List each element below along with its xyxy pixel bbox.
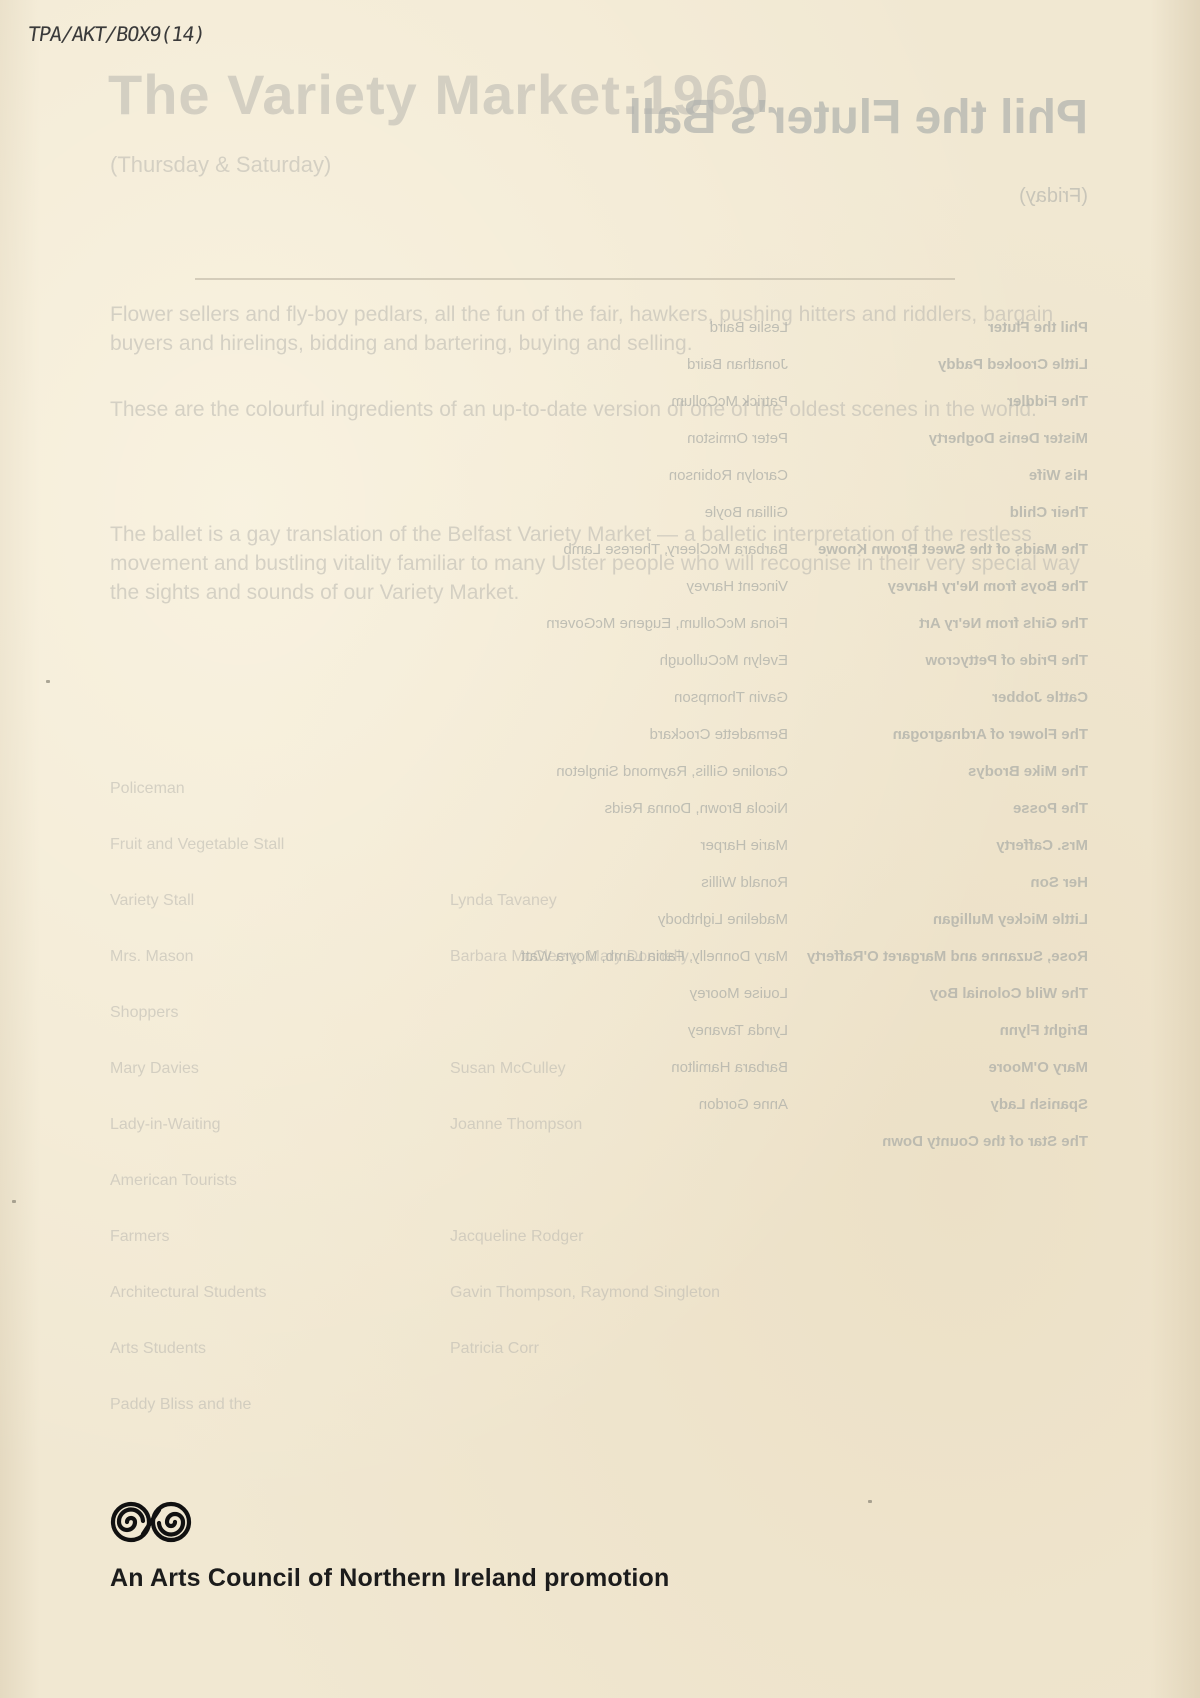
cast-row: Mister Denis DoghertyPeter Ormiston — [448, 429, 1088, 448]
cast-row: Her SonRonald Willis — [448, 873, 1088, 892]
actor-name: Carolyn Robinson — [448, 466, 788, 485]
cast-row: The Pride of PettycrowEvelyn McCullough — [448, 651, 1088, 670]
cast-row: The Flower of ArdnagroganBernadette Croc… — [448, 725, 1088, 744]
cast-row: Their ChildGillian Boyle — [448, 503, 1088, 522]
cast-row: Bright FlynnLynda Tavaney — [448, 1021, 1088, 1040]
cast-row: The PosseNicola Brown, Donna Reids — [448, 799, 1088, 818]
role-name: The Girls from Ne'ry Art — [788, 614, 1088, 633]
actor-name: Leslie Baird — [448, 318, 788, 337]
cast-row: The Boys from Ne'ry HarveyVincent Harvey — [448, 577, 1088, 596]
actor-name: Patrick McCollum — [448, 392, 788, 411]
role-name: Rose, Suzanne and Margaret O'Rafferty — [788, 947, 1088, 966]
role-name: Bright Flynn — [788, 1021, 1088, 1040]
cast-row: Rose, Suzanne and Margaret O'RaffertyMar… — [448, 947, 1088, 966]
phil-fluter-cast-list: Phil the FluterLeslie BairdLittle Crooke… — [448, 318, 1088, 1169]
cast-row: The FiddlerPatrick McCollum — [448, 392, 1088, 411]
role-name: Mary O'Moore — [788, 1058, 1088, 1077]
actor-name: Gavin Thompson — [448, 688, 788, 707]
role-name: Cattle Jobber — [788, 688, 1088, 707]
actor-name: Anne Gordon — [448, 1095, 788, 1114]
role-name: Little Mickey Mulligan — [788, 910, 1088, 929]
actor-name: Vincent Harvey — [448, 577, 788, 596]
actor-name: Mary Donnelly, Fabia Lamb, Moyra Watt — [448, 947, 788, 966]
cast-row: Cattle JobberGavin Thompson — [448, 688, 1088, 707]
role-name: The Posse — [788, 799, 1088, 818]
cast-row: Mrs. CaffertyMarie Harper — [448, 836, 1088, 855]
role-name: The Flower of Ardnagrogan — [788, 725, 1088, 744]
role-name: Mister Denis Dogherty — [788, 429, 1088, 448]
role-name: Her Son — [788, 873, 1088, 892]
actor-name: Peter Ormiston — [448, 429, 788, 448]
actor-name: Evelyn McCullough — [448, 651, 788, 670]
role-name: The Pride of Pettycrow — [788, 651, 1088, 670]
actor-name: Marie Harper — [448, 836, 788, 855]
role-name: Spanish Lady — [788, 1095, 1088, 1114]
role-name: Their Child — [788, 503, 1088, 522]
role-name: The Mike Brodys — [788, 762, 1088, 781]
paper-speck — [868, 1500, 872, 1503]
cast-row: Mary O'MooreBarbara Hamilton — [448, 1058, 1088, 1077]
role-name: His Wife — [788, 466, 1088, 485]
paper-speck — [12, 1200, 16, 1203]
role-name: The Maids of the Sweet Brown Knowe — [788, 540, 1088, 559]
actor-name: Ronald Willis — [448, 873, 788, 892]
cast-row: The Mike BrodysCaroline Gillis, Raymond … — [448, 762, 1088, 781]
archive-reference-note: TPA/AKT/BOX9(14) — [26, 22, 206, 46]
actor-name: Caroline Gillis, Raymond Singleton — [448, 762, 788, 781]
actor-name: Louise Moorey — [448, 984, 788, 1003]
actor-name: Barbara Hamilton — [448, 1058, 788, 1077]
actor-name: Fiona McCollum, Eugene McGovern — [448, 614, 788, 633]
actor-name: Lynda Tavaney — [448, 1021, 788, 1040]
cast-row: The Girls from Ne'ry ArtFiona McCollum, … — [448, 614, 1088, 633]
cast-row: The Wild Colonial BoyLouise Moorey — [448, 984, 1088, 1003]
cast-row: Little Crooked PaddyJonathan Baird — [448, 355, 1088, 374]
actor-name: Gillian Boyle — [448, 503, 788, 522]
actor-name: Madeline Lightbody — [448, 910, 788, 929]
cast-row: The Star of the County Down — [448, 1132, 1088, 1151]
role-name: Mrs. Cafferty — [788, 836, 1088, 855]
phil-fluter-title: Phil the Fluter's Ball — [629, 90, 1089, 145]
cast-row: The Maids of the Sweet Brown KnoweBarbar… — [448, 540, 1088, 559]
cast-row: His WifeCarolyn Robinson — [448, 466, 1088, 485]
arts-council-promotion: An Arts Council of Northern Ireland prom… — [110, 1564, 669, 1593]
actor-name: Barbara McCleery, Therese Lamb — [448, 540, 788, 559]
actor-name — [448, 1132, 788, 1151]
paper-speck — [46, 680, 50, 683]
cast-row: Little Mickey MulliganMadeline Lightbody — [448, 910, 1088, 929]
double-spiral-logo-icon — [110, 1500, 192, 1544]
role-name: Phil the Fluter — [788, 318, 1088, 337]
phil-fluter-subtitle: (Friday) — [1019, 185, 1088, 208]
actor-name: Bernadette Crockard — [448, 725, 788, 744]
actor-name: Jonathan Baird — [448, 355, 788, 374]
role-name: The Star of the County Down — [788, 1132, 1088, 1151]
mirrored-reverse-page: Phil the Fluter's Ball (Friday) Phil the… — [0, 0, 1200, 1698]
cast-row: Spanish LadyAnne Gordon — [448, 1095, 1088, 1114]
role-name: The Wild Colonial Boy — [788, 984, 1088, 1003]
document-page: The Variety Market:1960 (Thursday & Satu… — [0, 0, 1200, 1698]
role-name: The Boys from Ne'ry Harvey — [788, 577, 1088, 596]
cast-row: Phil the FluterLeslie Baird — [448, 318, 1088, 337]
role-name: Little Crooked Paddy — [788, 355, 1088, 374]
actor-name: Nicola Brown, Donna Reids — [448, 799, 788, 818]
role-name: The Fiddler — [788, 392, 1088, 411]
